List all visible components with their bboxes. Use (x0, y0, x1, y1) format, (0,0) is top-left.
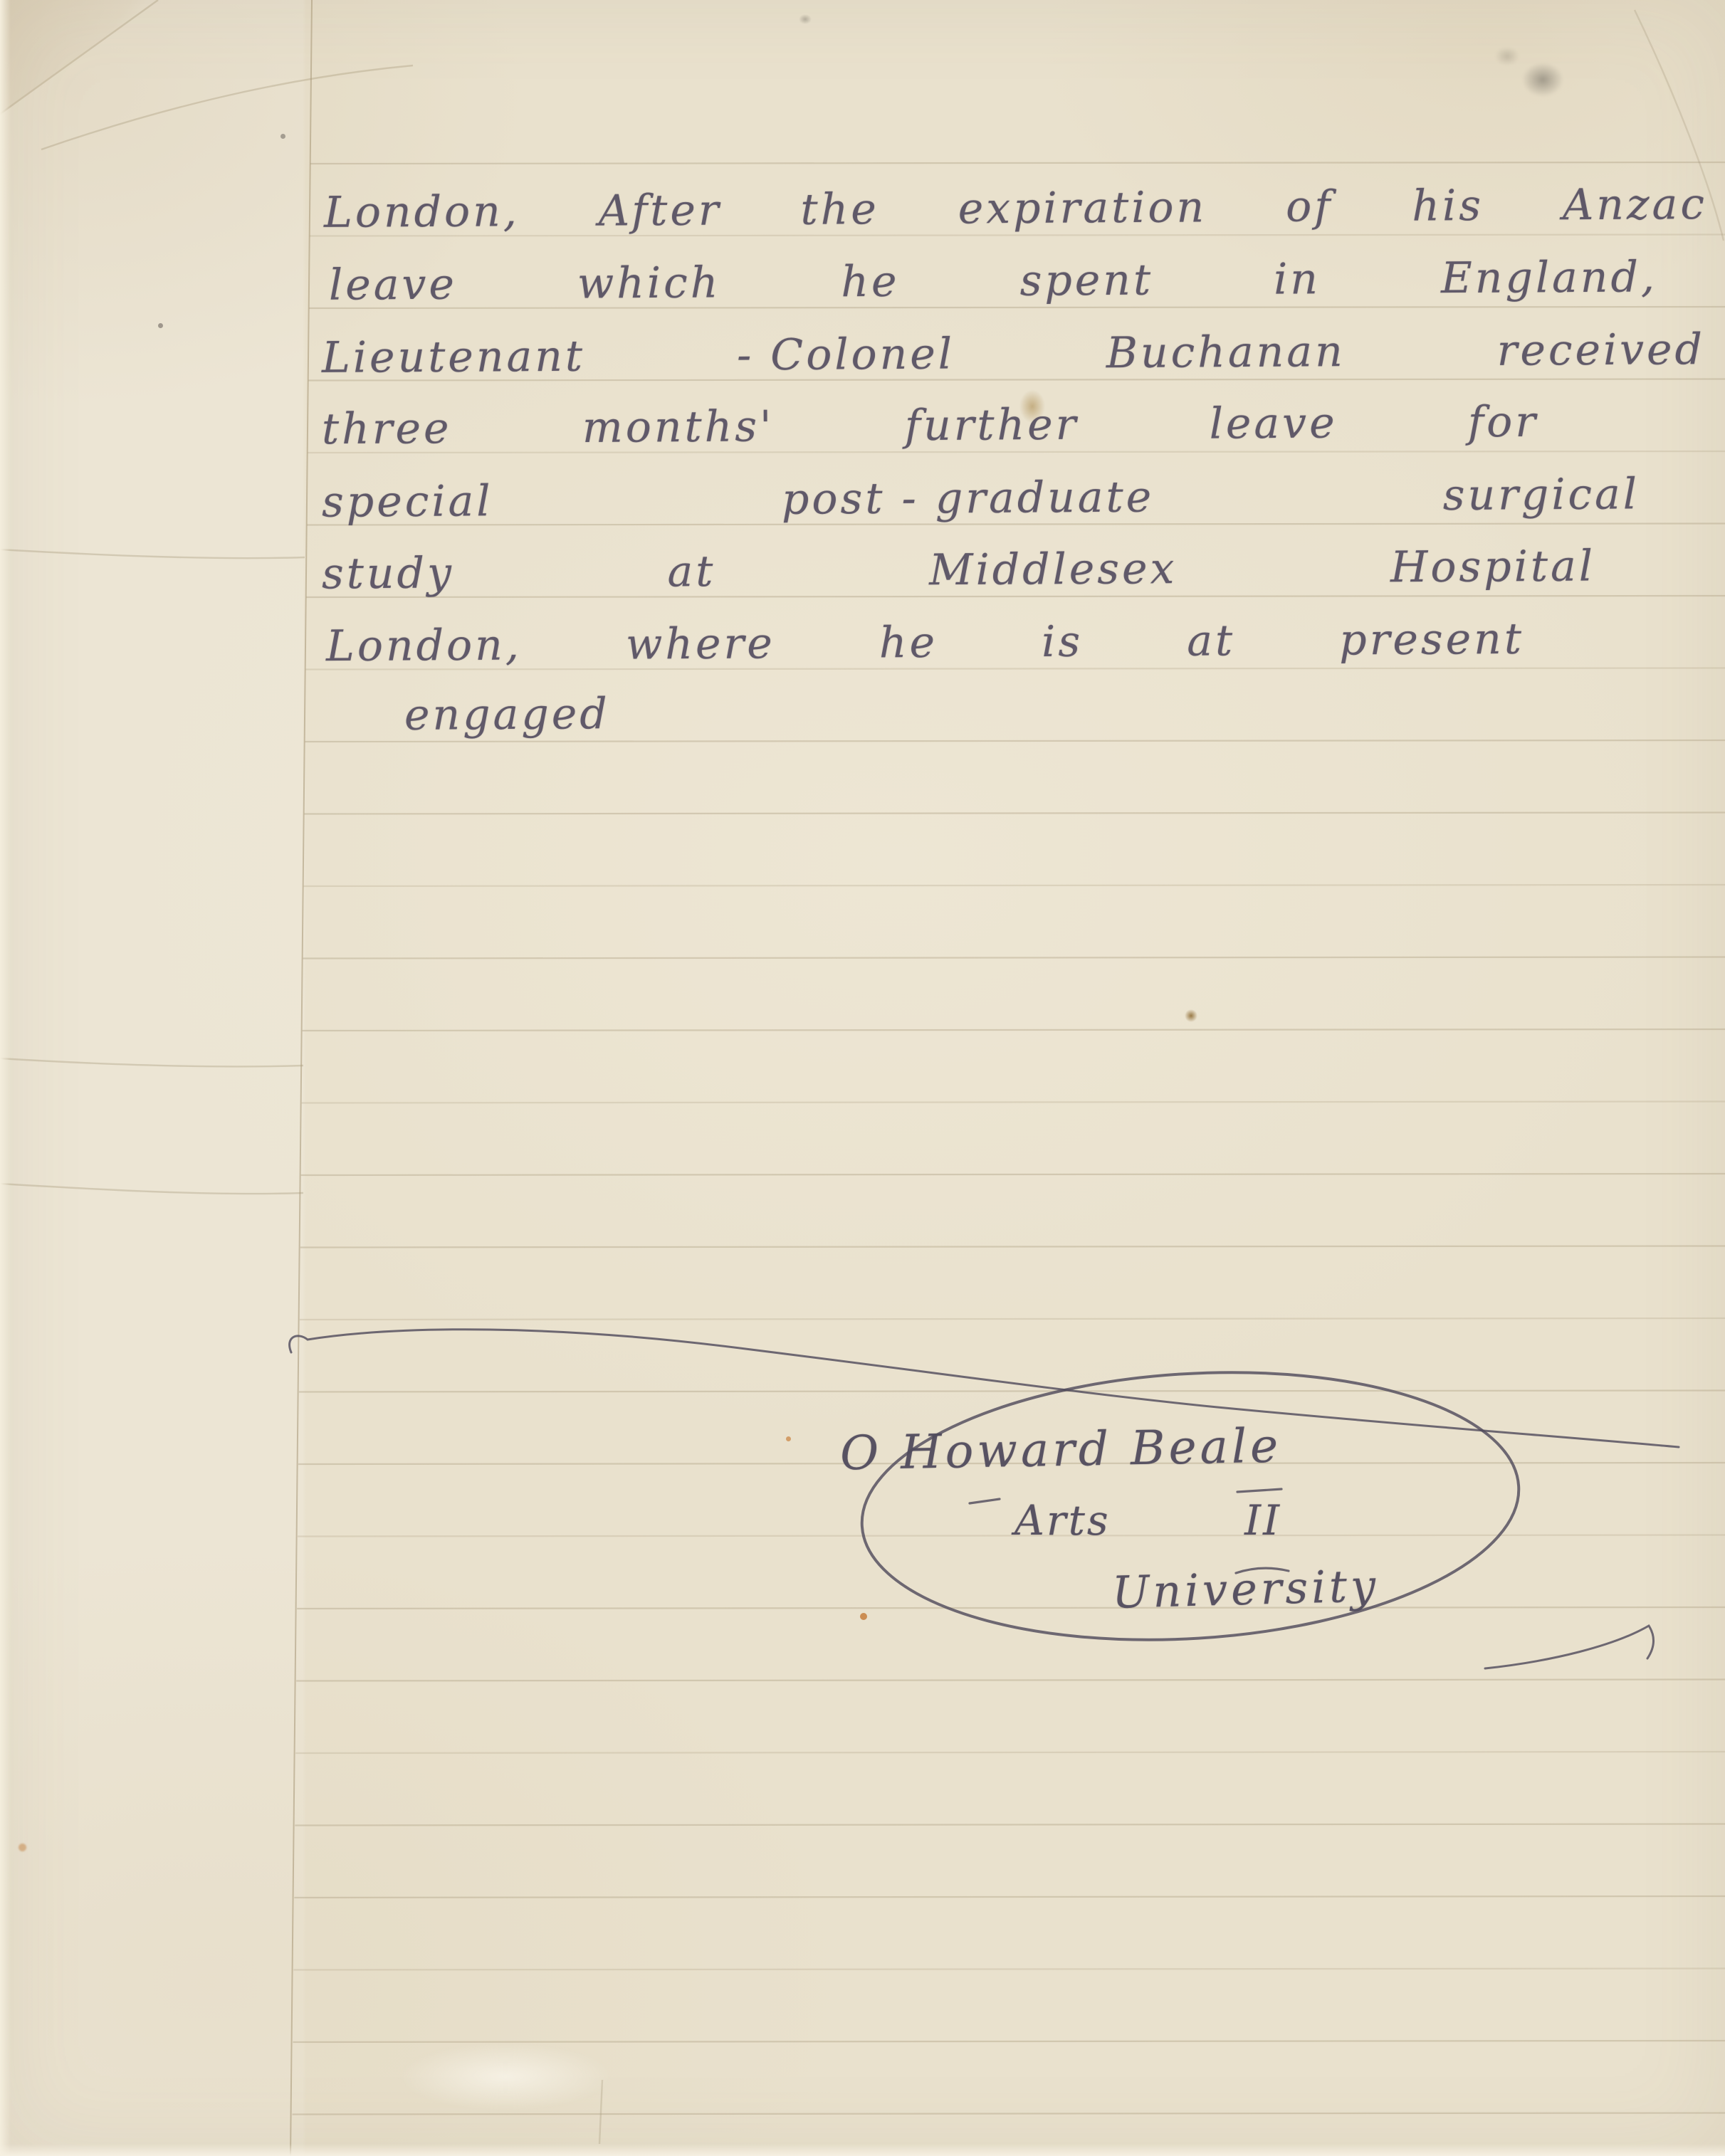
handwriting-line-5: specialpost - graduatesurgical (322, 469, 1640, 527)
stain-top-gray (1522, 63, 1563, 97)
handwritten-word: where (626, 619, 775, 669)
ruled-line (302, 1102, 1725, 1103)
handwritten-word: spent (1019, 256, 1153, 306)
handwritten-word: the (800, 184, 879, 235)
handwritten-word: London, (324, 186, 520, 238)
stain-brown-dot (1185, 1009, 1197, 1022)
handwriting-line-3: Lieutenant- ColonelBuchananreceived (322, 325, 1705, 383)
ruled-line (303, 885, 1725, 886)
handwritten-word: which (577, 258, 721, 308)
handwritten-word: is (1042, 617, 1083, 667)
signature-year-numeral: II (1244, 1496, 1281, 1545)
handwriting-line-7: London,whereheisatpresent (326, 614, 1524, 671)
rust-speck-3 (19, 1844, 26, 1851)
paper-creases (0, 0, 1724, 2144)
handwritten-word: - Colonel (737, 330, 955, 381)
ruled-line (300, 1246, 1725, 1248)
handwritten-word: After (599, 186, 722, 236)
handwritten-word: months' (582, 401, 775, 453)
handwritten-word: his (1412, 181, 1484, 231)
stain-top-center (799, 14, 812, 24)
ruled-line (293, 1969, 1725, 1970)
handwriting-line-8: engaged (404, 689, 610, 740)
ruled-line (303, 1029, 1725, 1031)
handwritten-word: he (879, 618, 938, 668)
ruled-line (298, 1535, 1725, 1537)
handwritten-word: Lieutenant (322, 332, 585, 383)
ruled-line (300, 1318, 1725, 1320)
letter-page: London,AftertheexpirationofhisAnzacleave… (0, 0, 1725, 2156)
signature-circle (290, 1330, 1679, 1668)
ruled-line (296, 1680, 1725, 1681)
rust-speck-2 (786, 1436, 791, 1441)
handwritten-word: study (322, 548, 454, 599)
ruled-line (294, 1896, 1725, 1898)
ruled-line (299, 1391, 1725, 1392)
signature-name: O Howard Beale (839, 1419, 1281, 1481)
rust-speck-1 (860, 1613, 867, 1620)
handwritten-word: engaged (404, 689, 610, 740)
pencil-speck-2 (280, 134, 285, 139)
handwritten-word: England, (1441, 252, 1657, 303)
ruled-lines (293, 162, 1725, 2115)
handwritten-word: present (1339, 614, 1524, 666)
signature-course-line: Arts II (1014, 1496, 1281, 1545)
ruled-line (310, 162, 1725, 164)
paper-edge-bottom (0, 2144, 1725, 2156)
ruled-line (303, 957, 1725, 959)
handwritten-word: London, (326, 620, 522, 671)
dash-mark (970, 1499, 1000, 1503)
handwritten-word: surgical (1442, 469, 1640, 520)
handwritten-word: post - graduate (782, 473, 1155, 525)
ruled-line (301, 1174, 1725, 1175)
handwritten-word: at (667, 547, 715, 596)
paper-marks-layer (0, 0, 1725, 2156)
handwritten-word: further (905, 400, 1079, 451)
stain-top-gray-2 (1495, 47, 1519, 65)
paper-edge-left (0, 0, 11, 2156)
signature-course: Arts (1014, 1496, 1111, 1545)
handwritten-word: expiration (958, 182, 1207, 233)
handwritten-word: leave (329, 260, 457, 310)
ruled-line (295, 1824, 1725, 1826)
handwriting-line-1: London,AftertheexpirationofhisAnzac (324, 179, 1707, 238)
ruled-line (304, 813, 1725, 814)
handwritten-word: he (841, 257, 900, 307)
numeral-overline (1237, 1489, 1281, 1492)
handwritten-word: three (322, 404, 452, 454)
pencil-speck-1 (158, 323, 163, 328)
handwriting-line-6: studyatMiddlesexHospital (322, 542, 1595, 599)
handwritten-word: Hospital (1390, 542, 1595, 593)
handwriting-line-4: threemonths'furtherleavefor (322, 397, 1538, 454)
ruled-line (293, 2041, 1725, 2042)
handwritten-word: of (1286, 182, 1333, 231)
margin-line (290, 0, 312, 2156)
ruled-line (295, 1752, 1725, 1753)
handwritten-word: Buchanan (1106, 327, 1346, 378)
ruled-line (305, 740, 1725, 742)
ruled-line (293, 2113, 1725, 2115)
handwritten-word: leave (1209, 399, 1337, 449)
handwriting-line-2: leavewhichhespentinEngland, (329, 252, 1657, 310)
handwritten-word: special (322, 476, 493, 527)
handwritten-word: received (1496, 325, 1705, 376)
comma-flourish (1485, 1626, 1654, 1668)
signature-university: University (1111, 1560, 1380, 1619)
handwritten-word: at (1187, 616, 1235, 666)
ruled-line (297, 1607, 1725, 1609)
bottom-scuff-mark (399, 2043, 612, 2110)
handwritten-word: in (1274, 254, 1321, 304)
handwritten-word: Middlesex (929, 544, 1178, 595)
handwritten-word: for (1468, 397, 1538, 448)
handwritten-word: Anzac (1563, 179, 1707, 230)
